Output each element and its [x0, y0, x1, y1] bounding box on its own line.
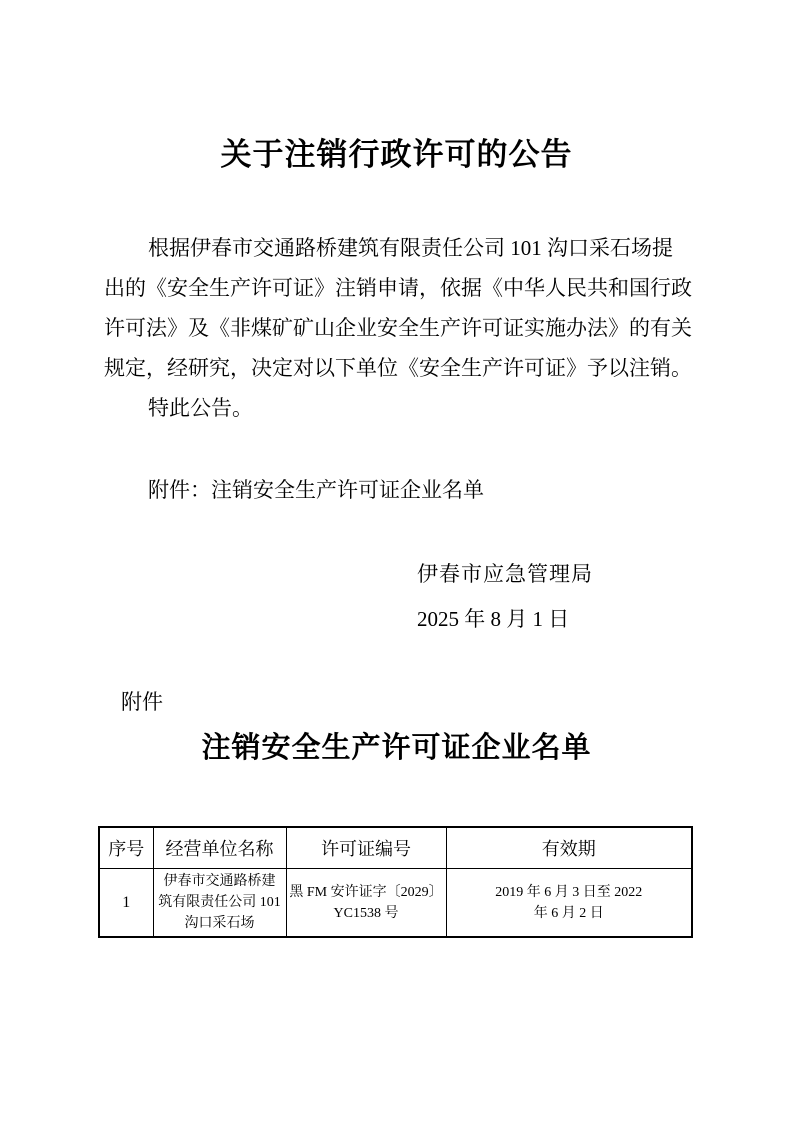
header-company-name: 经营单位名称	[153, 827, 286, 869]
document-page: 关于注销行政许可的公告 根据伊春市交通路桥建筑有限责任公司 101 沟口采石场提…	[0, 0, 793, 1122]
body-paragraph: 根据伊春市交通路桥建筑有限责任公司 101 沟口采石场提 出的《安全生产许可证》…	[104, 228, 694, 388]
header-license-number: 许可证编号	[286, 827, 446, 869]
attachment-title: 注销安全生产许可证企业名单	[99, 727, 694, 769]
table-header-row: 序号 经营单位名称 许可证编号 有效期	[99, 827, 692, 869]
license-table-body: 1 伊春市交通路桥建 筑有限责任公司 101 沟口采石场 黑 FM 安许证字〔2…	[99, 869, 692, 938]
header-validity-period: 有效期	[446, 827, 692, 869]
table-row: 1 伊春市交通路桥建 筑有限责任公司 101 沟口采石场 黑 FM 安许证字〔2…	[99, 869, 692, 938]
document-title: 关于注销行政许可的公告	[99, 134, 694, 176]
attachment-reference-line: 附件：注销安全生产许可证企业名单	[104, 470, 694, 510]
cell-validity-period: 2019 年 6 月 3 日至 2022 年 6 月 2 日	[446, 869, 692, 938]
license-table-header: 序号 经营单位名称 许可证编号 有效期	[99, 827, 692, 869]
cell-license-number: 黑 FM 安许证字〔2029〕 YC1538 号	[286, 869, 446, 938]
issuing-agency: 伊春市应急管理局	[417, 552, 694, 597]
cell-seq: 1	[99, 869, 153, 938]
attachment-label: 附件	[121, 682, 694, 722]
issue-date: 2025 年 8 月 1 日	[417, 597, 694, 642]
signature-block: 伊春市应急管理局 2025 年 8 月 1 日	[417, 552, 694, 642]
closing-line: 特此公告。	[104, 388, 694, 428]
header-seq: 序号	[99, 827, 153, 869]
cell-company-name: 伊春市交通路桥建 筑有限责任公司 101 沟口采石场	[153, 869, 286, 938]
license-table: 序号 经营单位名称 许可证编号 有效期 1 伊春市交通路桥建 筑有限责任公司 1…	[98, 826, 693, 938]
